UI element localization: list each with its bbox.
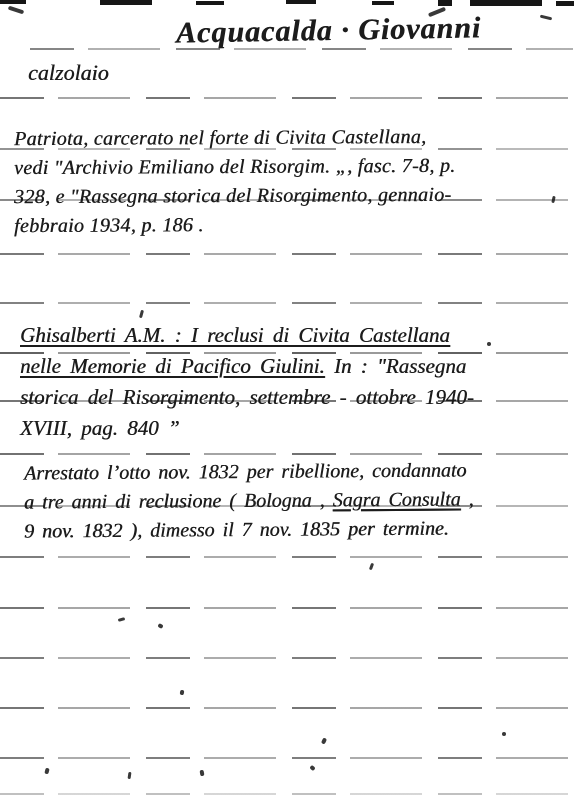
occupation-label: calzolaio — [28, 60, 109, 86]
scan-speck — [551, 196, 555, 203]
manuscript-line: 328, e "Rassegna storica del Risorgiment… — [14, 181, 456, 212]
scan-edge-mark — [556, 1, 574, 6]
scan-speck — [502, 732, 506, 736]
manuscript-line: storica del Risorgimento, settembre - ot… — [20, 382, 474, 413]
manuscript-line: Ghisalberti A.M. : I reclusi di Civita C… — [20, 320, 474, 351]
manuscript-line: a tre anni di reclusione ( Bologna , Sag… — [24, 485, 474, 517]
manuscript-text: a tre anni di reclusione ( Bologna , — [24, 489, 333, 513]
scan-edge-mark — [286, 0, 316, 4]
scan-edge-mark — [438, 0, 452, 6]
scan-edge-mark — [100, 0, 152, 5]
scan-speck — [128, 772, 132, 779]
ruled-line — [0, 793, 573, 795]
manuscript-line: 9 nov. 1832 ), dimesso il 7 nov. 1835 pe… — [24, 514, 474, 546]
manuscript-line: vedi "Archivio Emiliano del Risorgim. „,… — [14, 152, 456, 183]
ghisalberti-reference: Ghisalberti A.M. : I reclusi di Civita C… — [20, 320, 474, 444]
entry-name-heading: Acquacalda · Giovanni — [176, 11, 482, 50]
ruled-line — [0, 453, 573, 455]
scan-speck — [139, 310, 144, 319]
scan-speck — [540, 15, 552, 21]
ruled-line — [0, 253, 573, 255]
scan-edge-mark — [0, 0, 26, 4]
scan-speck — [44, 768, 49, 775]
scan-speck — [118, 617, 126, 622]
manuscript-line: febbraio 1934, p. 186 . — [14, 210, 456, 241]
manuscript-line: Arrestato l’otto nov. 1832 per ribellion… — [24, 456, 474, 488]
scan-edge-mark — [372, 1, 394, 5]
scan-speck — [200, 770, 205, 777]
scan-speck — [180, 690, 185, 696]
scan-speck — [157, 623, 163, 629]
arrest-note: Arrestato l’otto nov. 1832 per ribellion… — [24, 458, 474, 545]
ruled-line — [0, 556, 573, 558]
bibliography-note: Patriota, carcerato nel forte di Civita … — [14, 124, 455, 240]
manuscript-line: nelle Memorie di Pacifico Giulini. In : … — [20, 351, 474, 382]
manuscript-text: , — [461, 488, 474, 510]
ruled-line — [0, 657, 573, 659]
scan-speck — [369, 563, 374, 571]
scan-speck — [487, 342, 491, 346]
scan-speck — [8, 6, 24, 15]
scan-speck — [309, 765, 315, 771]
scan-edge-mark — [470, 0, 542, 6]
ruled-line — [0, 607, 573, 609]
underlined-tribunal-name: Sagra Consulta — [333, 489, 461, 512]
manuscript-text: In : "Rassegna — [325, 354, 467, 378]
ruled-line — [0, 97, 573, 99]
ruled-line — [0, 302, 573, 304]
manuscript-page: Acquacalda · Giovanni calzolaio Patriota… — [0, 0, 577, 800]
underlined-article-title: nelle Memorie di Pacifico Giulini. — [20, 354, 325, 378]
ruled-line — [0, 707, 573, 709]
scan-edge-mark — [196, 1, 224, 5]
manuscript-line: XVIII, pag. 840 ” — [20, 413, 474, 444]
ruled-line — [0, 757, 573, 759]
manuscript-line: Patriota, carcerato nel forte di Civita … — [14, 123, 456, 154]
scan-speck — [321, 737, 327, 744]
